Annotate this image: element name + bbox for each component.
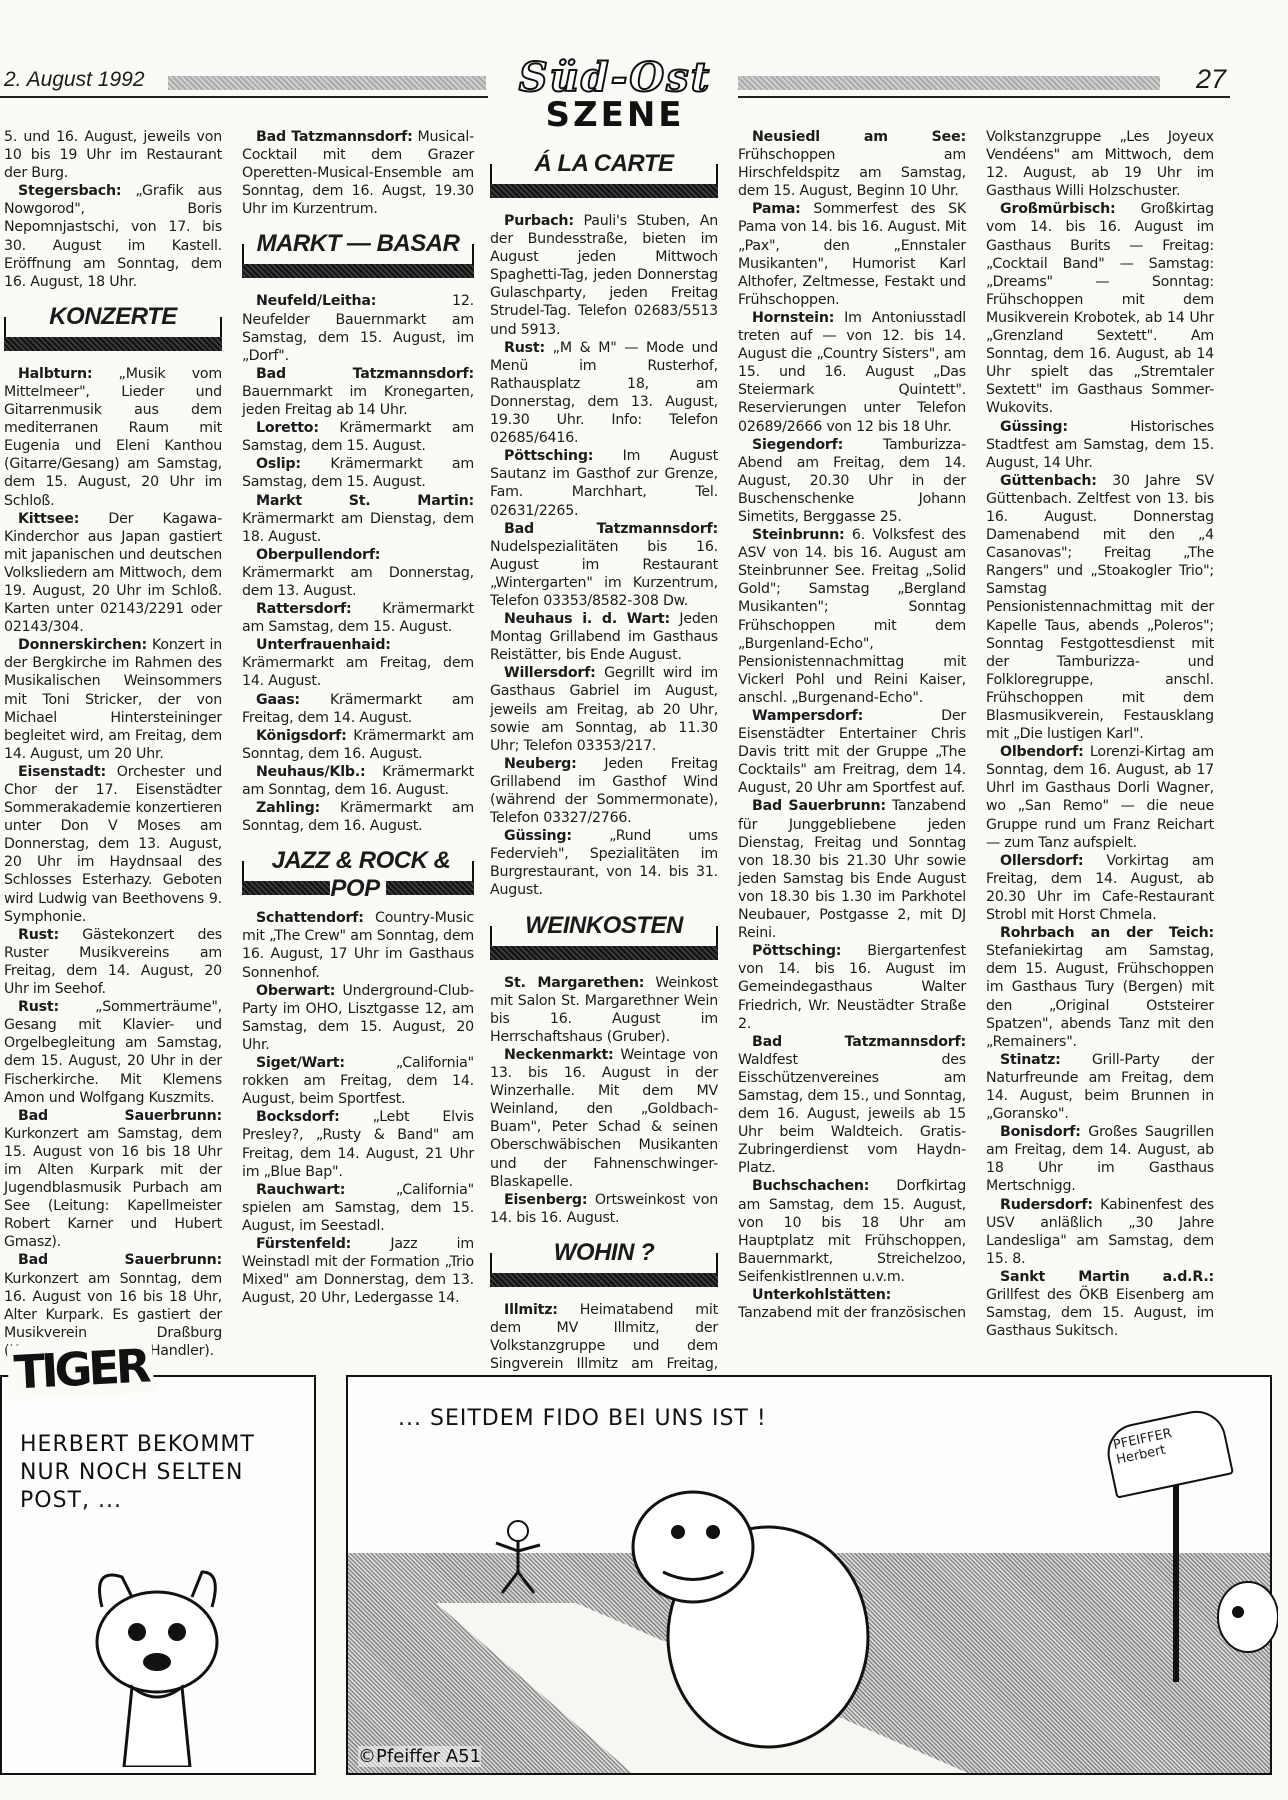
- logo-bottom-text: SZENE: [492, 96, 738, 134]
- listing: Bad Tatzmannsdorf: Bauernmarkt im Kroneg…: [242, 365, 474, 419]
- article-continuation: Volkstanzgruppe „Les Joyeux Vendéens" am…: [986, 128, 1214, 200]
- comic-panel-2: ... SEITDEM FIDO BEI UNS IST ! PFEIFFER …: [346, 1375, 1272, 1775]
- listing: Donnerskirchen: Konzert in der Bergkirch…: [4, 636, 222, 763]
- section-title: Á LA CARTE: [529, 150, 680, 177]
- dog-tiger-illustration: [72, 1547, 242, 1767]
- listing: Rohrbach an der Teich: Stefaniekirtag am…: [986, 924, 1214, 1051]
- listing: Siegendorf: Tamburizza-Abend am Freitag,…: [738, 436, 966, 526]
- listing: Sankt Martin a.d.R.: Grillfest des ÖKB E…: [986, 1268, 1214, 1340]
- listing: Rust: „M & M" — Mode und Menü im Rusterh…: [490, 339, 718, 448]
- listing: Bad Tatzmannsdorf: Musical-Cocktail mit …: [242, 128, 474, 218]
- listing: Pöttsching: Im August Sautanz im Gasthof…: [490, 447, 718, 519]
- column-3: Á LA CARTE Purbach: Pauli's Stuben, An d…: [490, 150, 718, 1391]
- column-5: Volkstanzgruppe „Les Joyeux Vendéens" am…: [986, 128, 1214, 1340]
- listing: Oslip: Krämermarkt am Samstag, dem 15. A…: [242, 455, 474, 491]
- section-header-weinkosten: WEINKOSTEN: [490, 912, 718, 962]
- comic-credit: ©Pfeiffer A51: [358, 1746, 481, 1767]
- column-1: 5. und 16. August, jeweils von 10 bis 19…: [4, 128, 222, 1360]
- listing: Neusiedl am See: Frühschoppen am Hirschf…: [738, 128, 966, 200]
- listing: Rust: „Sommerträume", Gesang mit Klavier…: [4, 998, 222, 1107]
- listing: Pama: Sommerfest des SK Pama von 14. bis…: [738, 200, 966, 309]
- listing: Rauchwart: „California" spielen am Samst…: [242, 1181, 474, 1235]
- column-2: Bad Tatzmannsdorf: Musical-Cocktail mit …: [242, 128, 474, 1307]
- listing: Bad Tatzmannsdorf: Waldfest des Eisschüt…: [738, 1033, 966, 1178]
- listing: Zahling: Krämermarkt am Sonntag, dem 16.…: [242, 799, 474, 835]
- listing: Buchschachen: Dorfkirtag am Samstag, dem…: [738, 1177, 966, 1286]
- listing: Kittsee: Der Kagawa-Kinderchor aus Japan…: [4, 510, 222, 637]
- listing-place: Stegersbach:: [18, 183, 121, 199]
- listing: Schattendorf: Country-Music mit „The Cre…: [242, 909, 474, 981]
- header-rule-right: [738, 96, 1230, 98]
- header-shaded-bar-right: [738, 76, 1160, 90]
- listing: Oberpullendorf: Krämermarkt am Donnersta…: [242, 546, 474, 600]
- mailbox: PFEIFFER Herbert: [1102, 1405, 1234, 1498]
- listing: Gaas: Krämermarkt am Freitag, dem 14. Au…: [242, 691, 474, 727]
- listing: Großmürbisch: Großkirtag vom 14. bis 16.…: [986, 200, 1214, 417]
- listing: Fürstenfeld: Jazz im Weinstadl mit der F…: [242, 1235, 474, 1307]
- listing: Hornstein: Im Antoniusstadl treten auf —…: [738, 309, 966, 436]
- listing: Eisenberg: Ortsweinkost von 14. bis 16. …: [490, 1191, 718, 1227]
- sued-ost-szene-logo: Süd-Ost SZENE: [492, 56, 738, 148]
- comic-panel-1: HERBERT BEKOMMT NUR NOCH SELTEN POST, ..…: [0, 1375, 316, 1775]
- listing: Eisenstadt: Orchester und Chor der 17. E…: [4, 763, 222, 926]
- listing: Neufeld/Leitha: 12. Neufelder Bauernmark…: [242, 292, 474, 364]
- listing: Bad Sauerbrunn: Kurkonzert am Samstag, d…: [4, 1107, 222, 1252]
- listing: Steinbrunn: 6. Volksfest des ASV von 14.…: [738, 526, 966, 707]
- issue-date: 2. August 1992: [4, 68, 145, 92]
- section-title: WEINKOSTEN: [519, 912, 689, 939]
- listing: Wampersdorf: Der Eisenstädter Entertaine…: [738, 707, 966, 797]
- listing: Olbendorf: Lorenzi-Kirtag am Sonntag, de…: [986, 743, 1214, 852]
- listing: Siget/Wart: „California" rokken am Freit…: [242, 1054, 474, 1108]
- listing: Unterkohlstätten: Tanzabend mit der fran…: [738, 1286, 966, 1322]
- listing: Rust: Gästekonzert des Ruster Musikverei…: [4, 926, 222, 998]
- page-number: 27: [1196, 64, 1226, 95]
- listing: Loretto: Krämermarkt am Samstag, dem 15.…: [242, 419, 474, 455]
- logo-top-text: Süd-Ost: [492, 56, 738, 100]
- column-4: Neusiedl am See: Frühschoppen am Hirschf…: [738, 128, 966, 1322]
- listing: Güttenbach: 30 Jahre SV Güttenbach. Zelt…: [986, 472, 1214, 743]
- comic-caption-2: ... SEITDEM FIDO BEI UNS IST !: [398, 1405, 767, 1433]
- listing: Rattersdorf: Krämermarkt am Samstag, dem…: [242, 600, 474, 636]
- listing: Stegersbach: „Grafik aus Nowgorod", Bori…: [4, 182, 222, 291]
- comic-title-tiger: TIGER: [7, 1338, 155, 1400]
- section-header-konzerte: KONZERTE: [4, 303, 222, 353]
- listing: Güssing: Historisches Stadtfest am Samst…: [986, 418, 1214, 472]
- section-header-markt-basar: MARKT — BASAR: [242, 230, 474, 280]
- listing: Ollersdorf: Vorkirtag am Freitag, dem 14…: [986, 852, 1214, 924]
- listing: Bocksdorf: „Lebt Elvis Presley?, „Rusty …: [242, 1108, 474, 1180]
- listing: Bad Sauerbrunn: Tanzabend für Junggeblie…: [738, 797, 966, 942]
- listing: Markt St. Martin: Krämermarkt am Diensta…: [242, 492, 474, 546]
- comic-caption-1: HERBERT BEKOMMT NUR NOCH SELTEN POST, ..…: [20, 1431, 300, 1515]
- listing: Bonisdorf: Großes Saugrillen am Freitag,…: [986, 1123, 1214, 1195]
- section-title: WOHIN ?: [548, 1239, 660, 1266]
- listing: Rudersdorf: Kabinenfest des USV anläßlic…: [986, 1196, 1214, 1268]
- mailbox-post: [1173, 1472, 1179, 1682]
- section-header-jazz-rock-pop: JAZZ & ROCK & POP: [242, 847, 474, 897]
- listing: Bad Tatzmannsdorf: Nudelspezialitäten bi…: [490, 520, 718, 610]
- section-title: JAZZ & ROCK & POP: [266, 847, 451, 902]
- section-title: MARKT — BASAR: [251, 230, 466, 257]
- listing: Unterfrauenhaid: Krämermarkt am Freitag,…: [242, 636, 474, 690]
- listing: Neckenmarkt: Weintage von 13. bis 16. Au…: [490, 1046, 718, 1191]
- listing: Neuhaus/Klb.: Krämermarkt am Sonntag, de…: [242, 763, 474, 799]
- listing: Halbturn: „Musik vom Mittelmeer", Lieder…: [4, 365, 222, 510]
- header-rule-left: [0, 96, 488, 98]
- postman-running-illustration: [488, 1517, 548, 1597]
- section-header-a-la-carte: Á LA CARTE: [490, 150, 718, 200]
- listing: Willersdorf: Gegrillt wird im Gasthaus G…: [490, 664, 718, 754]
- listing: Oberwart: Underground-Club-Party im OHO,…: [242, 982, 474, 1054]
- listing: Königsdorf: Krämermarkt am Sonntag, dem …: [242, 727, 474, 763]
- listing: Neuhaus i. d. Wart: Jeden Montag Grillab…: [490, 610, 718, 664]
- listing: Purbach: Pauli's Stuben, An der Bundesst…: [490, 212, 718, 339]
- article-continuation: 5. und 16. August, jeweils von 10 bis 19…: [4, 128, 222, 182]
- small-dog-illustration: [1208, 1577, 1278, 1687]
- bulldog-fido-illustration: [598, 1437, 898, 1767]
- listing: Pöttsching: Biergartenfest von 14. bis 1…: [738, 942, 966, 1032]
- section-title: KONZERTE: [43, 303, 183, 330]
- listing: Neuberg: Jeden Freitag Grillabend im Gas…: [490, 755, 718, 827]
- listing: Stinatz: Grill-Party der Naturfreunde am…: [986, 1051, 1214, 1123]
- listing: Güssing: „Rund ums Federvieh", Spezialit…: [490, 827, 718, 899]
- header-shaded-bar-left: [168, 76, 486, 90]
- section-header-wohin: WOHIN ?: [490, 1239, 718, 1289]
- listing: St. Margarethen: Weinkost mit Salon St. …: [490, 974, 718, 1046]
